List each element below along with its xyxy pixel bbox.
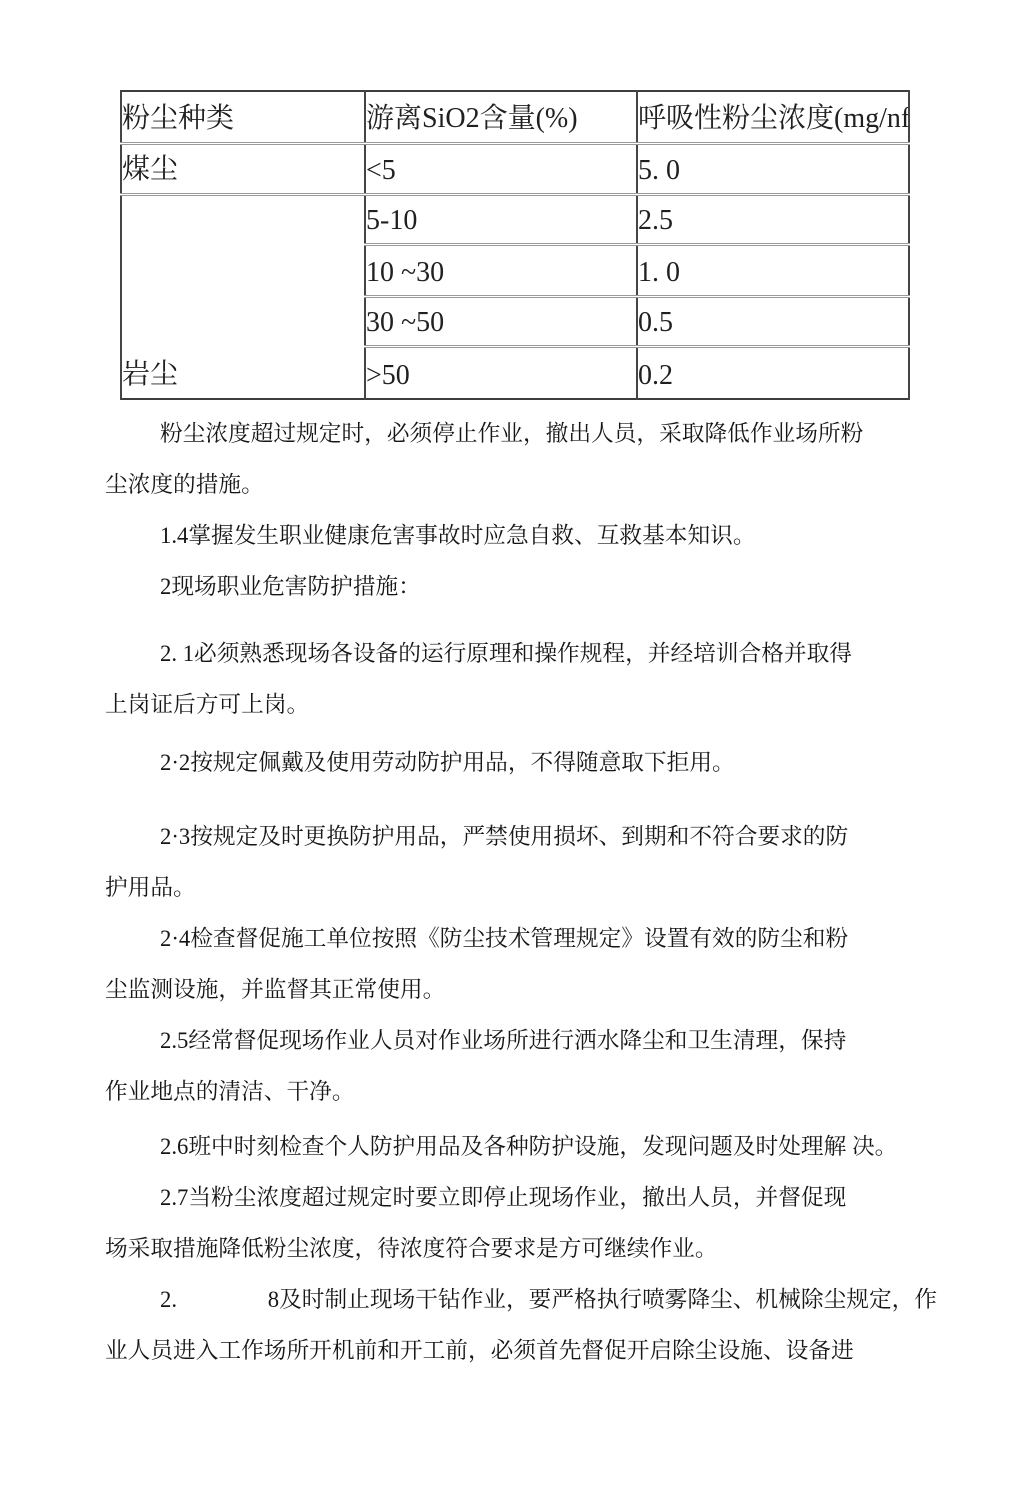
- coal-dust-type: 煤尘: [121, 143, 365, 194]
- paragraph-line: 2·4检查督促施工单位按照《防尘技术管理规定》设置有效的防尘和粉: [105, 913, 941, 964]
- rock-concentration-value: 2.5: [637, 194, 909, 244]
- coal-sio2-value: <5: [365, 143, 637, 194]
- rock-sio2-value: 10 ~30: [365, 244, 637, 296]
- paragraph-line: 1.4掌握发生职业健康危害事故时应急自救、互救基本知识。: [105, 510, 941, 561]
- paragraph-line: 2. 1必须熟悉现场各设备的运行原理和操作规程，并经培训合格并取得: [105, 628, 941, 679]
- paragraph-line: 2.7当粉尘浓度超过规定时要立即停止现场作业，撤出人员，并督促现: [105, 1172, 941, 1223]
- paragraph: 2. 1必须熟悉现场各设备的运行原理和操作规程，并经培训合格并取得 上岗证后方可…: [105, 628, 941, 730]
- rock-sio2-value: >50: [365, 346, 637, 399]
- header-sio2-content: 游离SiO2含量(%): [365, 91, 637, 143]
- rock-concentration-value: 0.5: [637, 296, 909, 346]
- paragraph-line: 2现场职业危害防护措施：: [105, 561, 941, 612]
- rock-dust-type: 岩尘: [121, 194, 365, 399]
- header-dust-type: 粉尘种类: [121, 91, 365, 143]
- paragraph: 2现场职业危害防护措施：: [105, 561, 941, 612]
- paragraph: 1.4掌握发生职业健康危害事故时应急自救、互救基本知识。: [105, 510, 941, 561]
- paragraph: 2.6班中时刻检查个人防护用品及各种防护设施，发现问题及时处理解 决。: [105, 1121, 941, 1172]
- paragraph: 2.7当粉尘浓度超过规定时要立即停止现场作业，撤出人员，并督促现 场采取措施降低…: [105, 1172, 941, 1274]
- rock-sio2-value: 5-10: [365, 194, 637, 244]
- paragraph-line: 作业地点的清洁、干净。: [105, 1066, 941, 1117]
- paragraph: 2.5经常督促现场作业人员对作业场所进行洒水降尘和卫生清理，保持 作业地点的清洁…: [105, 1015, 941, 1117]
- header-respirable-concentration: 呼吸性粉尘浓度(mg/nf): [637, 91, 909, 143]
- rock-concentration-value: 0.2: [637, 346, 909, 399]
- paragraph-line: 粉尘浓度超过规定时，必须停止作业，撤出人员，采取降低作业场所粉: [105, 408, 941, 459]
- paragraph-line: 护用品。: [105, 862, 941, 913]
- paragraph-line: 业人员进入工作场所开机前和开工前，必须首先督促开启除尘设施、设备进: [105, 1325, 941, 1376]
- paragraph-line: 2. 8及时制止现场干钻作业，要严格执行喷雾降尘、机械除尘规定，作: [105, 1274, 941, 1325]
- coal-concentration-value: 5. 0: [637, 143, 909, 194]
- paragraph: 2·2按规定佩戴及使用劳动防护用品，不得随意取下拒用。: [105, 737, 941, 788]
- paragraph-line: 2·2按规定佩戴及使用劳动防护用品，不得随意取下拒用。: [105, 737, 941, 788]
- table-header-row: 粉尘种类 游离SiO2含量(%) 呼吸性粉尘浓度(mg/nf): [121, 91, 909, 143]
- rock-concentration-value: 1. 0: [637, 244, 909, 296]
- paragraph: 2·4检查督促施工单位按照《防尘技术管理规定》设置有效的防尘和粉 尘监测设施，并…: [105, 913, 941, 1015]
- table-row-rock-1: 岩尘 5-10 2.5: [121, 194, 909, 244]
- paragraph-line: 尘浓度的措施。: [105, 459, 941, 510]
- paragraph-line: 场采取措施降低粉尘浓度，待浓度符合要求是方可继续作业。: [105, 1223, 941, 1274]
- paragraph-line: 2.5经常督促现场作业人员对作业场所进行洒水降尘和卫生清理，保持: [105, 1015, 941, 1066]
- paragraph-line: 2.6班中时刻检查个人防护用品及各种防护设施，发现问题及时处理解 决。: [105, 1121, 941, 1172]
- document-body: 粉尘浓度超过规定时，必须停止作业，撤出人员，采取降低作业场所粉 尘浓度的措施。 …: [105, 408, 941, 1376]
- document-page: 粉尘种类 游离SiO2含量(%) 呼吸性粉尘浓度(mg/nf) 煤尘 <5 5.…: [0, 0, 1024, 1510]
- dust-concentration-table: 粉尘种类 游离SiO2含量(%) 呼吸性粉尘浓度(mg/nf) 煤尘 <5 5.…: [120, 90, 910, 400]
- paragraph-line: 尘监测设施，并监督其正常使用。: [105, 964, 941, 1015]
- paragraph: 2. 8及时制止现场干钻作业，要严格执行喷雾降尘、机械除尘规定，作 业人员进入工…: [105, 1274, 941, 1376]
- paragraph: 粉尘浓度超过规定时，必须停止作业，撤出人员，采取降低作业场所粉 尘浓度的措施。: [105, 408, 941, 510]
- paragraph-line: 上岗证后方可上岗。: [105, 679, 941, 730]
- paragraph: 2·3按规定及时更换防护用品，严禁使用损坏、到期和不符合要求的防 护用品。: [105, 811, 941, 913]
- rock-sio2-value: 30 ~50: [365, 296, 637, 346]
- paragraph-line: 2·3按规定及时更换防护用品，严禁使用损坏、到期和不符合要求的防: [105, 811, 941, 862]
- table-row-coal: 煤尘 <5 5. 0: [121, 143, 909, 194]
